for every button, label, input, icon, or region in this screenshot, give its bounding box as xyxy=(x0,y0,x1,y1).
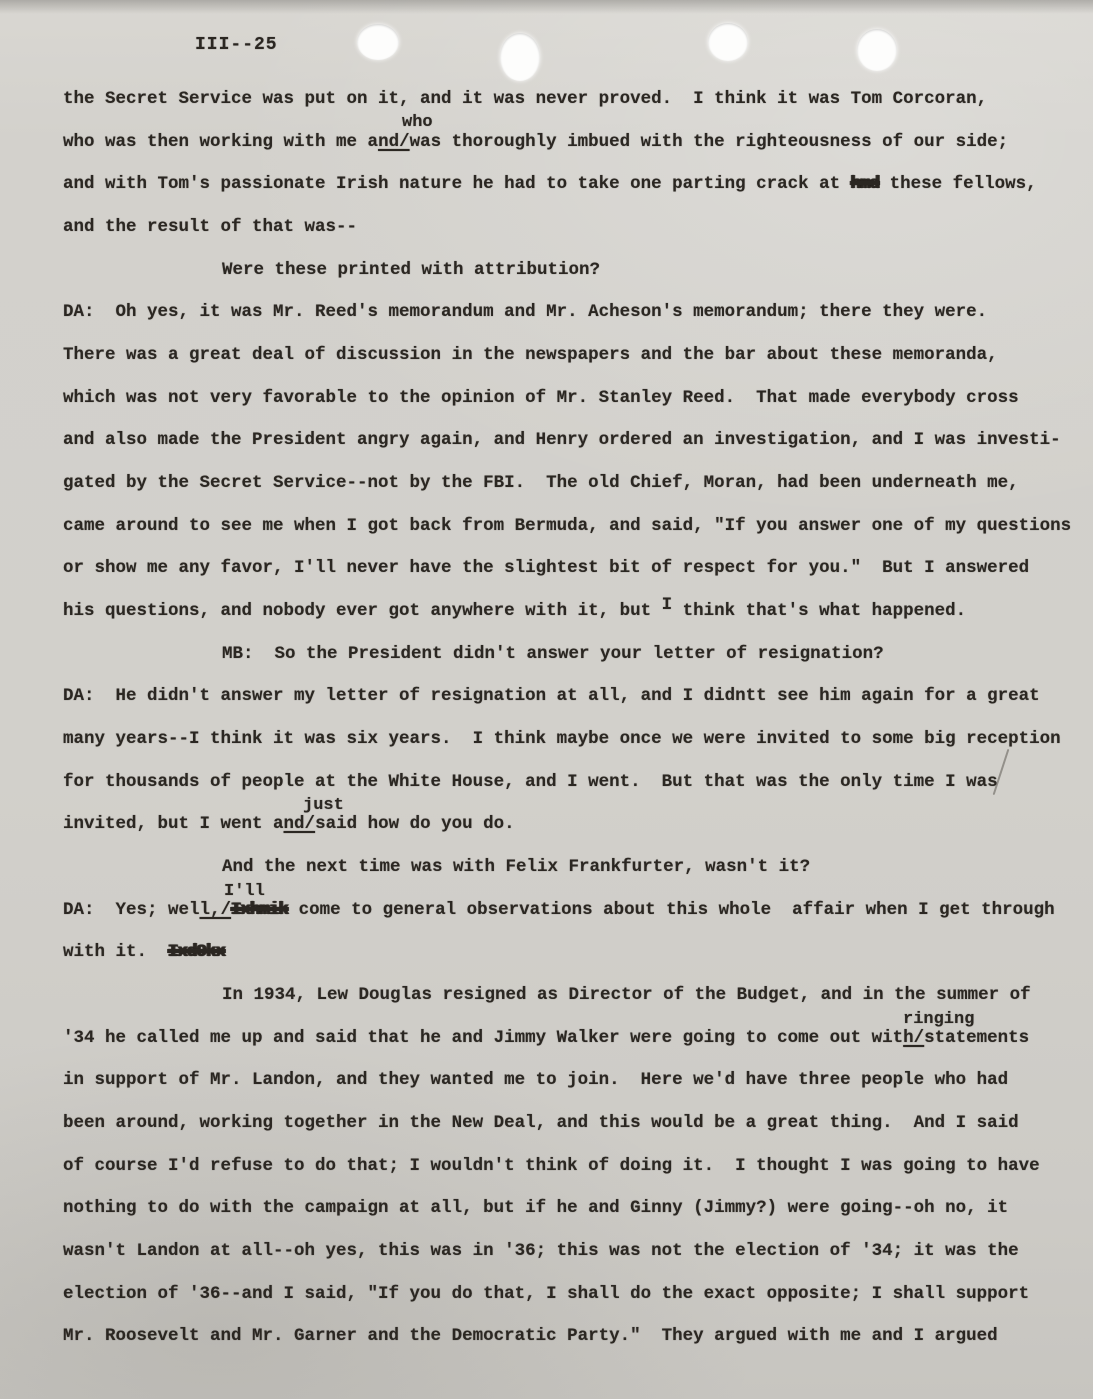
typed-text: was thoroughly imbued with the righteous… xyxy=(410,132,1009,152)
typed-line: gated by the Secret Service--not by the … xyxy=(63,472,1019,494)
typed-text: And the next time was with Felix Frankfu… xyxy=(222,857,810,877)
typed-text: invited, but I went a xyxy=(63,814,284,834)
typed-line: wasn't Landon at all--oh yes, this was i… xyxy=(63,1240,1019,1262)
typed-text: and with Tom's passionate Irish nature h… xyxy=(63,174,851,194)
typed-text: or show me any favor, I'll never have th… xyxy=(63,558,1029,578)
typed-line: DA: Yes; well,/Ixhmik come to general ob… xyxy=(63,899,1055,921)
typed-text: who was then working with me a xyxy=(63,132,378,152)
typed-text: and also made the President angry again,… xyxy=(63,430,1061,450)
typed-line: invited, but I went and/said how do you … xyxy=(63,813,515,835)
typed-text: said how do you do. xyxy=(315,814,515,834)
typed-line: his questions, and nobody ever got anywh… xyxy=(63,600,966,622)
insertion-slash-underline: nd/ xyxy=(378,132,410,152)
inserted-word: who xyxy=(402,113,433,133)
punch-hole xyxy=(708,23,748,61)
punch-hole xyxy=(357,24,399,60)
typed-line: DA: He didn't answer my letter of resign… xyxy=(63,685,1040,707)
struck-out-word: hmd xyxy=(851,174,880,194)
typed-text: In 1934, Lew Douglas resigned as Directo… xyxy=(222,985,1031,1005)
typed-text: for thousands of people at the White Hou… xyxy=(63,772,998,792)
typed-text: in support of Mr. Landon, and they wante… xyxy=(63,1070,1008,1090)
struck-out-word: Ixd9kx xyxy=(168,942,225,962)
typed-text: nothing to do with the campaign at all, … xyxy=(63,1198,1008,1218)
punch-hole xyxy=(857,29,897,71)
typed-text: think that's what happened. xyxy=(672,601,966,621)
typed-text: wasn't Landon at all--oh yes, this was i… xyxy=(63,1241,1019,1261)
punch-hole xyxy=(500,33,540,81)
typed-text: gated by the Secret Service--not by the … xyxy=(63,473,1019,493)
typed-text: '34 he called me up and said that he and… xyxy=(63,1028,903,1048)
typed-line: and also made the President angry again,… xyxy=(63,429,1061,451)
typed-line: There was a great deal of discussion in … xyxy=(63,344,998,366)
typed-text: There was a great deal of discussion in … xyxy=(63,345,998,365)
typed-text: DA: He didn't answer my letter of resign… xyxy=(63,686,1040,706)
typed-text: been around, working together in the New… xyxy=(63,1113,1019,1133)
typed-line: been around, working together in the New… xyxy=(63,1112,1019,1134)
typed-line: or show me any favor, I'll never have th… xyxy=(63,557,1029,579)
inserted-word: just xyxy=(303,796,344,816)
typed-text: with it. xyxy=(63,942,168,962)
typed-text: DA: Oh yes, it was Mr. Reed's memorandum… xyxy=(63,302,987,322)
typed-line: Were these printed with attribution? xyxy=(222,259,600,281)
typed-line: in support of Mr. Landon, and they wante… xyxy=(63,1069,1008,1091)
typed-text: and the result of that was-- xyxy=(63,217,357,237)
typed-line: for thousands of people at the White Hou… xyxy=(63,771,998,793)
typed-line: and with Tom's passionate Irish nature h… xyxy=(63,173,1037,195)
page-number: III--25 xyxy=(195,35,278,55)
typed-line: which was not very favorable to the opin… xyxy=(63,387,1019,409)
typed-line: the Secret Service was put on it, and it… xyxy=(63,88,987,110)
typed-line: election of '36--and I said, "If you do … xyxy=(63,1283,1029,1305)
typed-text: MB: So the President didn't answer your … xyxy=(222,644,884,664)
typed-text: election of '36--and I said, "If you do … xyxy=(63,1284,1029,1304)
inserted-word: ringing xyxy=(903,1010,974,1030)
raised-character: I xyxy=(662,595,673,615)
typed-line: DA: Oh yes, it was Mr. Reed's memorandum… xyxy=(63,301,987,323)
typed-text: DA: Yes; wel xyxy=(63,900,200,920)
typed-text: of course I'd refuse to do that; I would… xyxy=(63,1156,1040,1176)
typed-line: many years--I think it was six years. I … xyxy=(63,728,1061,750)
typed-text: many years--I think it was six years. I … xyxy=(63,729,1061,749)
typed-line: nothing to do with the campaign at all, … xyxy=(63,1197,1008,1219)
inserted-word: I'll xyxy=(224,882,265,902)
typed-text: the Secret Service was put on it, and it… xyxy=(63,89,987,109)
typed-text: statements xyxy=(924,1028,1029,1048)
insertion-slash-underline: l,/ xyxy=(200,900,232,920)
typed-text: his questions, and nobody ever got anywh… xyxy=(63,601,662,621)
insertion-slash-underline: nd/ xyxy=(284,814,316,834)
typed-text: these fellows, xyxy=(879,174,1037,194)
typed-line: Mr. Roosevelt and Mr. Garner and the Dem… xyxy=(63,1325,998,1347)
typed-line: came around to see me when I got back fr… xyxy=(63,515,1071,537)
typed-line: '34 he called me up and said that he and… xyxy=(63,1027,1029,1049)
typed-text: come to general observations about this … xyxy=(288,900,1055,920)
typed-line: And the next time was with Felix Frankfu… xyxy=(222,856,810,878)
typed-line: MB: So the President didn't answer your … xyxy=(222,643,884,665)
insertion-slash-underline: h/ xyxy=(903,1028,924,1048)
typed-line: with it. Ixd9kx xyxy=(63,941,225,963)
struck-out-word: Ixhmik xyxy=(231,900,288,920)
scan-top-edge xyxy=(0,0,1093,14)
typed-text: came around to see me when I got back fr… xyxy=(63,516,1071,536)
typed-text: Mr. Roosevelt and Mr. Garner and the Dem… xyxy=(63,1326,998,1346)
typed-line: of course I'd refuse to do that; I would… xyxy=(63,1155,1040,1177)
typed-text: Were these printed with attribution? xyxy=(222,260,600,280)
typed-line: who was then working with me and/was tho… xyxy=(63,131,1008,153)
scanned-document-page: III--25 the Secret Service was put on it… xyxy=(0,0,1093,1399)
typed-text: which was not very favorable to the opin… xyxy=(63,388,1019,408)
typed-line: In 1934, Lew Douglas resigned as Directo… xyxy=(222,984,1031,1006)
typed-line: and the result of that was-- xyxy=(63,216,357,238)
